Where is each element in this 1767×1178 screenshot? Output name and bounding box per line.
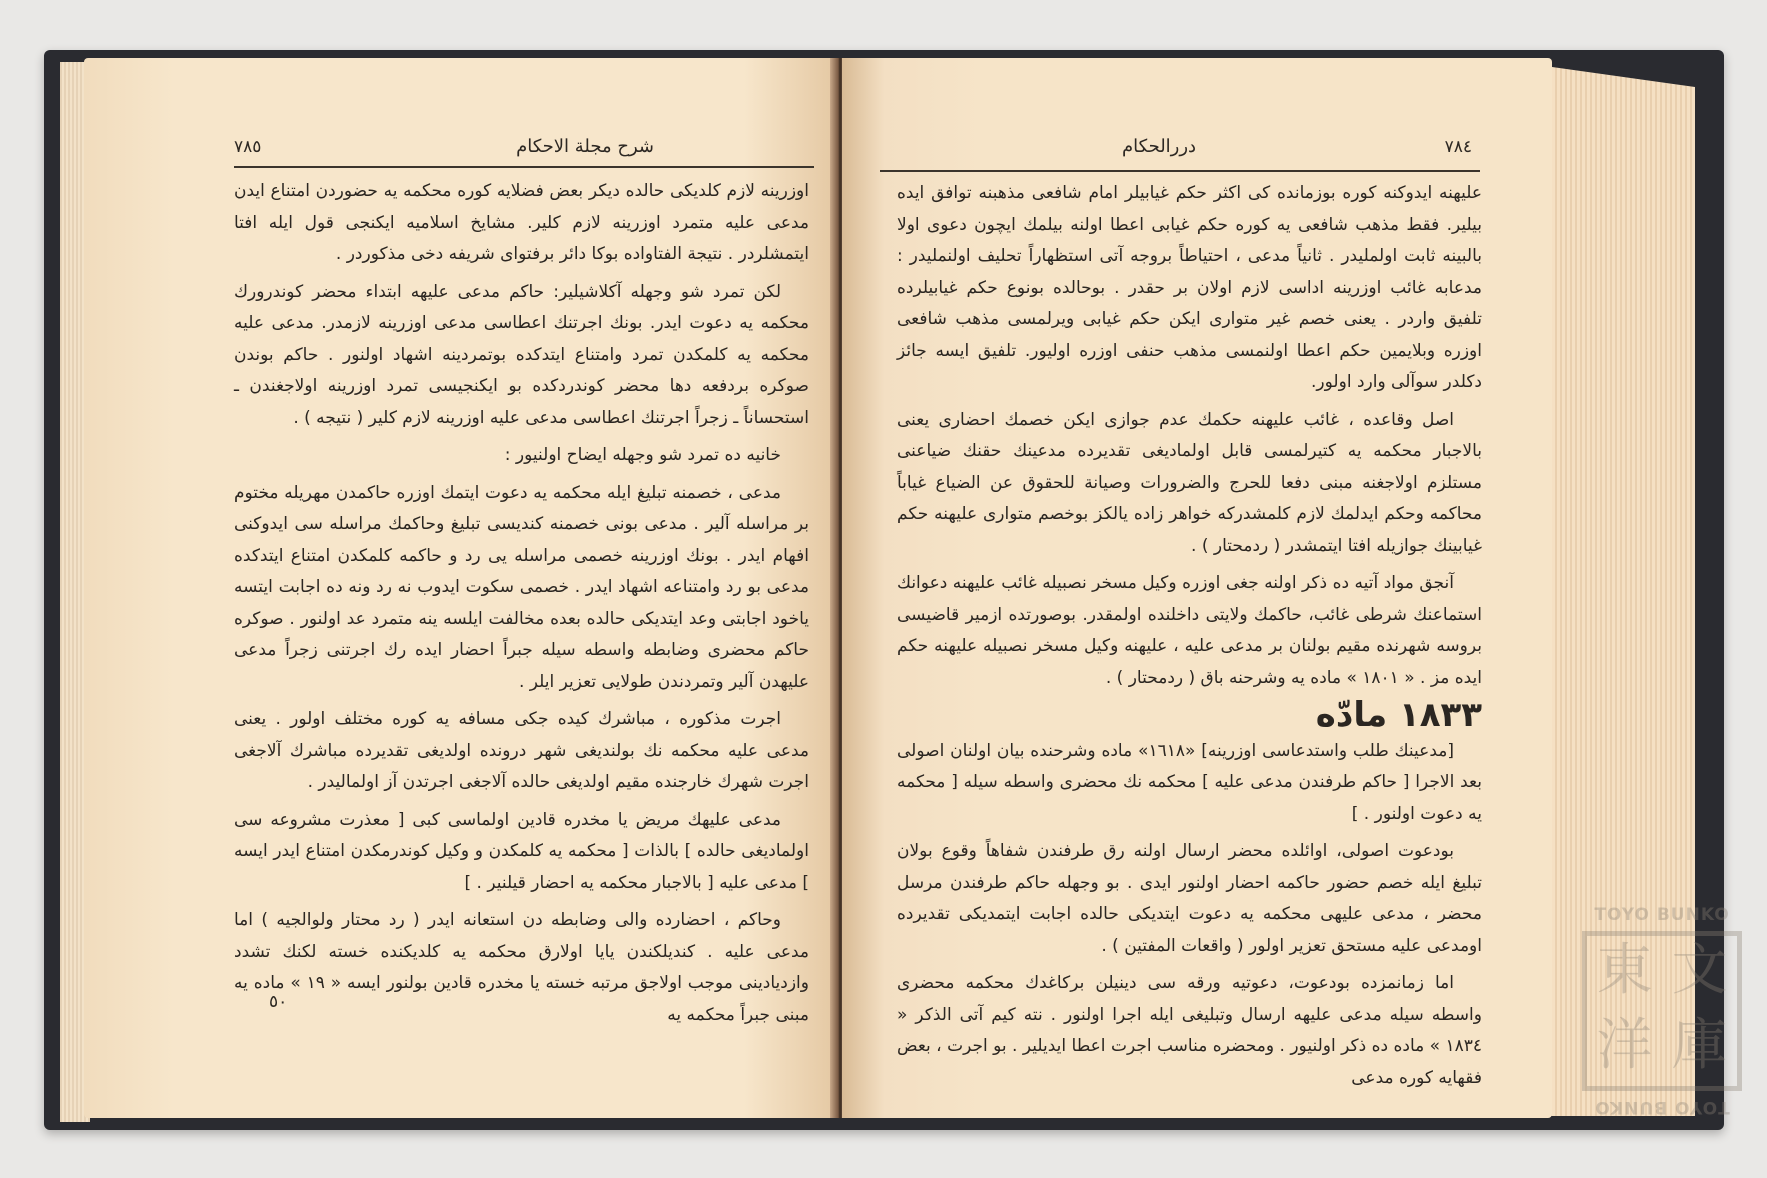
left-page-header: شرح مجلة الاحكام ٧٨٥ bbox=[234, 136, 794, 157]
paragraph: اما زمانمزده بودعوت، دعوتیه ورقه سی دینی… bbox=[897, 968, 1482, 1094]
paragraph: علیهنه ایدوکنه کوره بوزمانده کی اکثر حکم… bbox=[897, 178, 1482, 399]
paragraph: خانیه ده تمرد شو وجهله ایضاح اولنیور : bbox=[234, 440, 809, 472]
paragraph: وحاکم ، احضارده والی وضابطه دن استعانه ا… bbox=[234, 905, 809, 1031]
paragraph: بودعوت اصولی، اوائلده محضر ارسال اولنه ر… bbox=[897, 836, 1482, 962]
paragraph: لکن تمرد شو وجهله آکلاشیلیر: حاکم مدعی ع… bbox=[234, 277, 809, 435]
seal-icon: 東 文 洋 庫 bbox=[1582, 931, 1742, 1091]
watermark-bottom-text: TOYO BUNKO bbox=[1572, 1097, 1752, 1117]
seal-char: 庫 bbox=[1662, 1011, 1737, 1086]
header-rule bbox=[880, 170, 1480, 172]
paragraph: مدعی ، خصمنه تبلیغ ایله محکمه یه دعوت ای… bbox=[234, 478, 809, 699]
signature-mark: ٥٠ bbox=[269, 992, 287, 1012]
seal-char: 洋 bbox=[1587, 1011, 1662, 1086]
article-heading: ١٨٣٣ مادّه bbox=[897, 700, 1482, 732]
right-page-body: علیهنه ایدوکنه کوره بوزمانده کی اکثر حکم… bbox=[897, 178, 1482, 1100]
left-page-body: اوزرینه لازم کلدیکی حالده دیکر بعض فضلای… bbox=[234, 176, 809, 1037]
toyo-bunko-watermark: TOYO BUNKO 東 文 洋 庫 TOYO BUNKO bbox=[1572, 905, 1752, 1115]
paragraph: اجرت مذکوره ، مباشرك کیده جکی مسافه یه ک… bbox=[234, 704, 809, 799]
seal-char: 東 bbox=[1587, 936, 1662, 1011]
paragraph: اوزرینه لازم کلدیکی حالده دیکر بعض فضلای… bbox=[234, 176, 809, 271]
seal-char: 文 bbox=[1662, 936, 1737, 1011]
paragraph: آنجق مواد آتیه ده ذکر اولنه جغی اوزره وک… bbox=[897, 568, 1482, 694]
article-text: [مدعینك طلب واستدعاسی اوزرینه] «١٦١٨» ما… bbox=[897, 736, 1482, 831]
running-title: دررالحکام bbox=[1122, 136, 1196, 157]
page-number: ٧٨٤ bbox=[1445, 137, 1472, 157]
header-rule bbox=[234, 166, 814, 168]
right-page: ٧٨٤ دررالحکام علیهنه ایدوکنه کوره بوزمان… bbox=[842, 58, 1552, 1118]
running-title: شرح مجلة الاحكام bbox=[516, 136, 654, 157]
right-page-header: ٧٨٤ دررالحکام bbox=[902, 136, 1472, 157]
paragraph: اصل وقاعده ، غائب علیهنه حکمك عدم جوازی … bbox=[897, 405, 1482, 563]
left-page: شرح مجلة الاحكام ٧٨٥ اوزرینه لازم کلدیکی… bbox=[84, 58, 834, 1118]
page-number: ٧٨٥ bbox=[234, 137, 261, 157]
paragraph: مدعی علیهك مریض یا مخدره قادین اولماسی ک… bbox=[234, 805, 809, 900]
watermark-top-text: TOYO BUNKO bbox=[1572, 905, 1752, 925]
